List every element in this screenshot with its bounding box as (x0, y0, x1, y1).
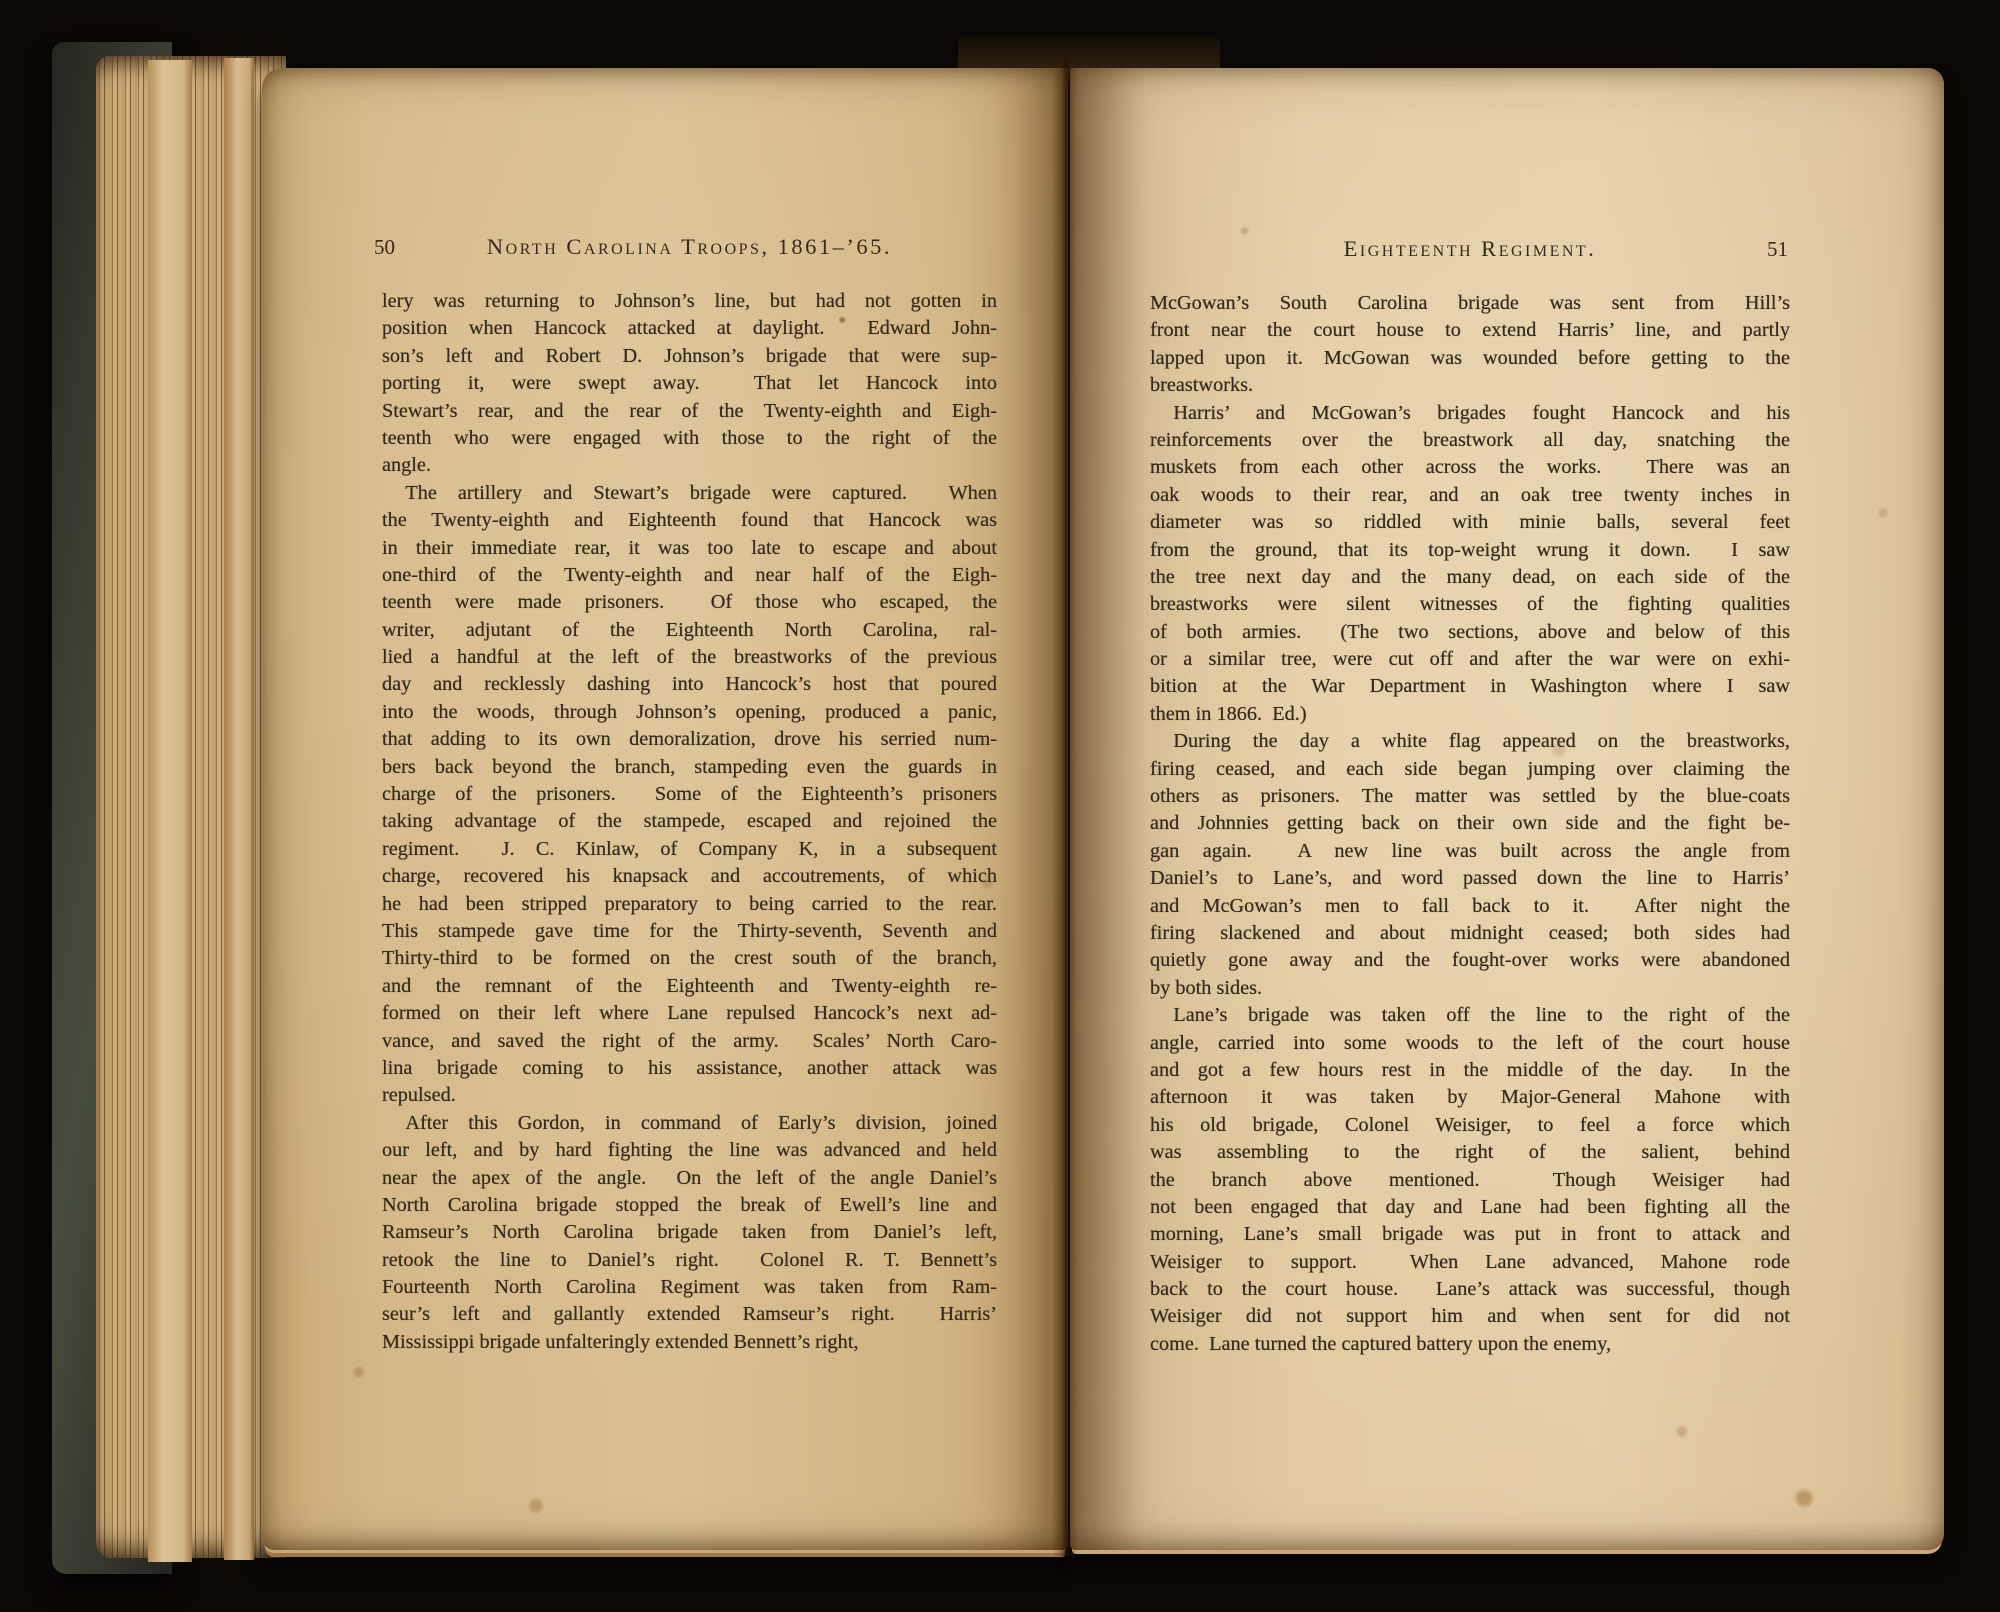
page-number: 51 (1767, 237, 1788, 262)
text-line: son’s left and Robert D. Johnson’s briga… (382, 343, 997, 370)
text-line: This stampede gave time for the Thirty-s… (382, 918, 997, 945)
running-head: Eighteenth Regiment. (1150, 236, 1790, 262)
text-line: the Twenty-eighth and Eighteenth found t… (382, 507, 997, 534)
text-line: Stewart’s rear, and the rear of the Twen… (382, 398, 997, 425)
text-line: others as prisoners. The matter was sett… (1150, 783, 1790, 810)
book-scan: 50 North Carolina Troops, 1861–’65. lery… (0, 0, 2000, 1612)
paragraph: After this Gordon, in command of Early’s… (382, 1110, 997, 1357)
left-page-header: 50 North Carolina Troops, 1861–’65. (382, 234, 997, 268)
text-line: into the woods, through Johnson’s openin… (382, 699, 997, 726)
page-edge-strip (224, 58, 254, 1560)
text-line: North Carolina brigade stopped the break… (382, 1192, 997, 1219)
text-line: and McGowan’s men to fall back to it. Af… (1150, 893, 1790, 920)
text-line: Ramseur’s North Carolina brigade taken f… (382, 1219, 997, 1246)
text-line: firing ceased, and each side began jumpi… (1150, 756, 1790, 783)
text-line: Lane’s brigade was taken off the line to… (1150, 1002, 1790, 1029)
paragraph: lery was returning to Johnson’s line, bu… (382, 288, 997, 480)
text-line: gan again. A new line was built across t… (1150, 838, 1790, 865)
text-line: formed on their left where Lane repulsed… (382, 1000, 997, 1027)
text-line: or a similar tree, were cut off and afte… (1150, 646, 1790, 673)
text-line: lery was returning to Johnson’s line, bu… (382, 288, 997, 315)
paragraph: McGowan’s South Carolina brigade was sen… (1150, 290, 1790, 400)
text-line: porting it, were swept away. That let Ha… (382, 370, 997, 397)
left-page-body: lery was returning to Johnson’s line, bu… (382, 288, 997, 1356)
text-line: front near the court house to extend Har… (1150, 317, 1790, 344)
text-line: our left, and by hard fighting the line … (382, 1137, 997, 1164)
text-line: his old brigade, Colonel Weisiger, to fe… (1150, 1112, 1790, 1139)
text-line: of both armies. (The two sections, above… (1150, 619, 1790, 646)
text-line: by both sides. (1150, 975, 1790, 1002)
text-line: and the remnant of the Eighteenth and Tw… (382, 973, 997, 1000)
text-line: position when Hancock attacked at daylig… (382, 315, 997, 342)
text-line: morning, Lane’s small brigade was put in… (1150, 1221, 1790, 1248)
text-line: breastworks. (1150, 372, 1790, 399)
text-line: taking advantage of the stampede, escape… (382, 808, 997, 835)
text-line: Daniel’s to Lane’s, and word passed down… (1150, 865, 1790, 892)
text-line: repulsed. (382, 1082, 997, 1109)
text-line: seur’s left and gallantly extended Ramse… (382, 1301, 997, 1328)
text-line: charge, recovered his knapsack and accou… (382, 863, 997, 890)
text-line: lied a handful at the left of the breast… (382, 644, 997, 671)
text-line: come. Lane turned the captured battery u… (1150, 1331, 1790, 1358)
text-line: charge of the prisoners. Some of the Eig… (382, 781, 997, 808)
text-line: that adding to its own demoralization, d… (382, 726, 997, 753)
text-line: near the apex of the angle. On the left … (382, 1165, 997, 1192)
text-line: the tree next day and the many dead, on … (1150, 564, 1790, 591)
left-page-textblock: 50 North Carolina Troops, 1861–’65. lery… (382, 234, 997, 1356)
text-line: oak woods to their rear, and an oak tree… (1150, 482, 1790, 509)
text-line: diameter was so riddled with minie balls… (1150, 509, 1790, 536)
text-line: Mississippi brigade unfalteringly extend… (382, 1329, 997, 1356)
paragraph: Lane’s brigade was taken off the line to… (1150, 1002, 1790, 1358)
text-line: lapped upon it. McGowan was wounded befo… (1150, 345, 1790, 372)
text-line: McGowan’s South Carolina brigade was sen… (1150, 290, 1790, 317)
text-line: bers back beyond the branch, stampeding … (382, 754, 997, 781)
right-page-body: McGowan’s South Carolina brigade was sen… (1150, 290, 1790, 1358)
text-line: Harris’ and McGowan’s brigades fought Ha… (1150, 400, 1790, 427)
text-line: the branch above mentioned. Though Weisi… (1150, 1167, 1790, 1194)
text-line: writer, adjutant of the Eighteenth North… (382, 617, 997, 644)
text-line: breastworks were silent witnesses of the… (1150, 591, 1790, 618)
paragraph: Harris’ and McGowan’s brigades fought Ha… (1150, 400, 1790, 729)
text-line: back to the court house. Lane’s attack w… (1150, 1276, 1790, 1303)
text-line: and got a few hours rest in the middle o… (1150, 1057, 1790, 1084)
text-line: from the ground, that its top-weight wru… (1150, 537, 1790, 564)
text-line: not been engaged that day and Lane had b… (1150, 1194, 1790, 1221)
text-line: day and recklessly dashing into Hancock’… (382, 671, 997, 698)
text-line: lina brigade coming to his assistance, a… (382, 1055, 997, 1082)
text-line: Weisiger to support. When Lane advanced,… (1150, 1249, 1790, 1276)
right-page-textblock: Eighteenth Regiment. 51 McGowan’s South … (1150, 236, 1790, 1358)
text-line: firing slackened and about midnight ceas… (1150, 920, 1790, 947)
text-line: Fourteenth North Carolina Regiment was t… (382, 1274, 997, 1301)
text-line: regiment. J. C. Kinlaw, of Company K, in… (382, 836, 997, 863)
text-line: Thirty-third to be formed on the crest s… (382, 945, 997, 972)
text-line: Weisiger did not support him and when se… (1150, 1303, 1790, 1330)
running-head: North Carolina Troops, 1861–’65. (382, 234, 997, 260)
text-line: During the day a white flag appeared on … (1150, 728, 1790, 755)
page-edge-stack (96, 56, 286, 1558)
right-page: Eighteenth Regiment. 51 McGowan’s South … (1070, 68, 1944, 1550)
text-line: After this Gordon, in command of Early’s… (382, 1110, 997, 1137)
text-line: retook the line to Daniel’s right. Colon… (382, 1247, 997, 1274)
text-line: bition at the War Department in Washingt… (1150, 673, 1790, 700)
page-edge-strip (148, 60, 192, 1562)
text-line: angle, carried into some woods to the le… (1150, 1030, 1790, 1057)
text-line: afternoon it was taken by Major-General … (1150, 1084, 1790, 1111)
paragraph: The artillery and Stewart’s brigade were… (382, 480, 997, 1110)
text-line: one-third of the Twenty-eighth and near … (382, 562, 997, 589)
text-line: muskets from each other across the works… (1150, 454, 1790, 481)
text-line: them in 1866. Ed.) (1150, 701, 1790, 728)
text-line: and Johnnies getting back on their own s… (1150, 810, 1790, 837)
text-line: quietly gone away and the fought-over wo… (1150, 947, 1790, 974)
text-line: he had been stripped preparatory to bein… (382, 891, 997, 918)
text-line: was assembling to the right of the salie… (1150, 1139, 1790, 1166)
text-line: reinforcements over the breastwork all d… (1150, 427, 1790, 454)
text-line: teenth who were engaged with those to th… (382, 425, 997, 452)
left-page: 50 North Carolina Troops, 1861–’65. lery… (262, 68, 1068, 1550)
text-line: in their immediate rear, it was too late… (382, 535, 997, 562)
paragraph: During the day a white flag appeared on … (1150, 728, 1790, 1002)
text-line: vance, and saved the right of the army. … (382, 1028, 997, 1055)
right-page-header: Eighteenth Regiment. 51 (1150, 236, 1790, 270)
text-line: The artillery and Stewart’s brigade were… (382, 480, 997, 507)
text-line: teenth were made prisoners. Of those who… (382, 589, 997, 616)
text-line: angle. (382, 452, 997, 479)
